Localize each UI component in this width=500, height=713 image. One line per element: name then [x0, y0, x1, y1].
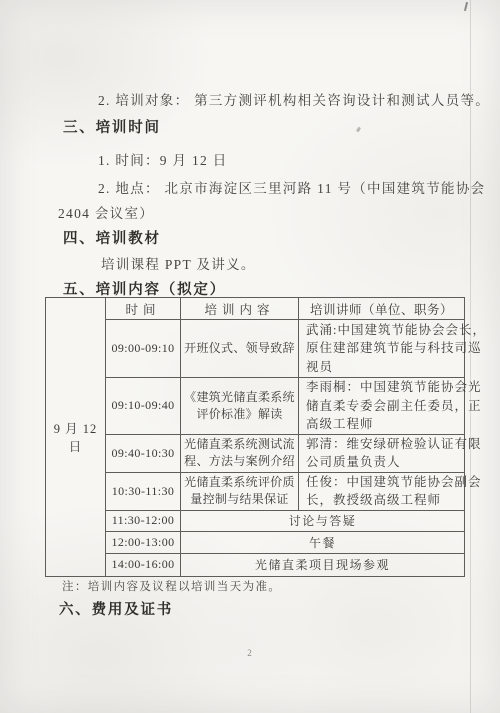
column-header-content: 培训内容: [181, 298, 299, 320]
cell-time: 12:00-13:00: [106, 531, 181, 553]
cell-content: 《建筑光储直柔系统评价标准》解读: [181, 378, 299, 435]
table-row: 14:00-16:00 光储直柔项目现场参观: [46, 553, 465, 576]
paragraph-place: 2. 地点： 北京市海淀区三里河路 11 号（中国建筑节能协会: [98, 177, 485, 197]
page-number: 2: [0, 648, 500, 658]
cell-content: 光储直柔系统测试流程、方法与案例介绍: [181, 434, 299, 472]
section-heading-training-content: 五、培训内容（拟定）: [63, 278, 226, 299]
section-heading-training-time: 三、培训时间: [63, 116, 161, 137]
cell-content: 光储直柔系统评价质量控制与结果保证: [181, 472, 299, 510]
table-row: 09:10-09:40 《建筑光储直柔系统评价标准》解读 李雨桐：中国建筑节能协…: [46, 378, 465, 435]
paragraph-time: 1. 时间：9 月 12 日: [98, 149, 228, 169]
cell-time: 11:30-12:00: [106, 510, 181, 531]
column-header-time: 时间: [106, 298, 181, 320]
cell-time: 10:30-11:30: [106, 472, 181, 510]
section-heading-training-materials: 四、培训教材: [63, 227, 161, 248]
lecturer-text: 郭清：维安绿研检验认证有限公司质量负责人: [306, 435, 488, 472]
table-footnote: 注：培训内容及议程以培训当天为准。: [62, 578, 281, 594]
cell-lecturer: 武涌:中国建筑节能协会会长，原住建部建筑节能与科技司巡视员: [299, 320, 465, 378]
table-row: 12:00-13:00 午餐: [46, 531, 465, 553]
cell-merged-activity: 光储直柔项目现场参观: [181, 553, 465, 576]
cell-time: 14:00-16:00: [106, 553, 181, 576]
lecturer-text: 武涌:中国建筑节能协会会长，原住建部建筑节能与科技司巡视员: [306, 321, 488, 377]
lecturer-text: 李雨桐：中国建筑节能协会光储直柔专委会副主任委员，正高级工程师: [306, 378, 488, 434]
table-header-row: 9 月 12 日 时间 培训内容 培训讲师（单位、职务）: [46, 298, 465, 320]
scan-speck: [356, 127, 361, 133]
cell-lecturer: 李雨桐：中国建筑节能协会光储直柔专委会副主任委员，正高级工程师: [299, 378, 465, 435]
table-row: 10:30-11:30 光储直柔系统评价质量控制与结果保证 任俊：中国建筑节能协…: [46, 472, 465, 510]
section-heading-fees-certificates: 六、费用及证书: [59, 598, 173, 619]
table-row: 09:40-10:30 光储直柔系统测试流程、方法与案例介绍 郭清：维安绿研检验…: [46, 434, 465, 472]
cell-time: 09:40-10:30: [106, 434, 181, 472]
cell-time: 09:00-09:10: [106, 320, 181, 378]
scanned-document-page: 2. 培训对象： 第三方测评机构相关咨询设计和测试人员等。 三、培训时间 1. …: [0, 0, 500, 713]
cell-lecturer: 郭清：维安绿研检验认证有限公司质量负责人: [299, 434, 465, 472]
training-schedule-table: 9 月 12 日 时间 培训内容 培训讲师（单位、职务） 09:00-09:10…: [45, 297, 465, 577]
scan-corner-mark: [464, 2, 468, 11]
table-date-cell: 9 月 12 日: [46, 298, 106, 577]
cell-merged-activity: 午餐: [181, 531, 465, 553]
table-row: 09:00-09:10 开班仪式、领导致辞 武涌:中国建筑节能协会会长，原住建部…: [46, 320, 465, 378]
cell-content: 开班仪式、领导致辞: [181, 320, 299, 378]
paragraph-materials: 培训课程 PPT 及讲义。: [101, 253, 256, 273]
column-header-lecturer: 培训讲师（单位、职务）: [299, 298, 465, 320]
lecturer-text: 任俊：中国建筑节能协会副会长，教授级高级工程师: [306, 473, 488, 510]
cell-lecturer: 任俊：中国建筑节能协会副会长，教授级高级工程师: [299, 472, 465, 510]
cell-time: 09:10-09:40: [106, 378, 181, 435]
table-row: 11:30-12:00 讨论与答疑: [46, 510, 465, 531]
paragraph-place-continued: 2404 会议室）: [58, 202, 154, 222]
paragraph-training-audience: 2. 培训对象： 第三方测评机构相关咨询设计和测试人员等。: [98, 89, 490, 109]
cell-merged-activity: 讨论与答疑: [181, 510, 465, 531]
